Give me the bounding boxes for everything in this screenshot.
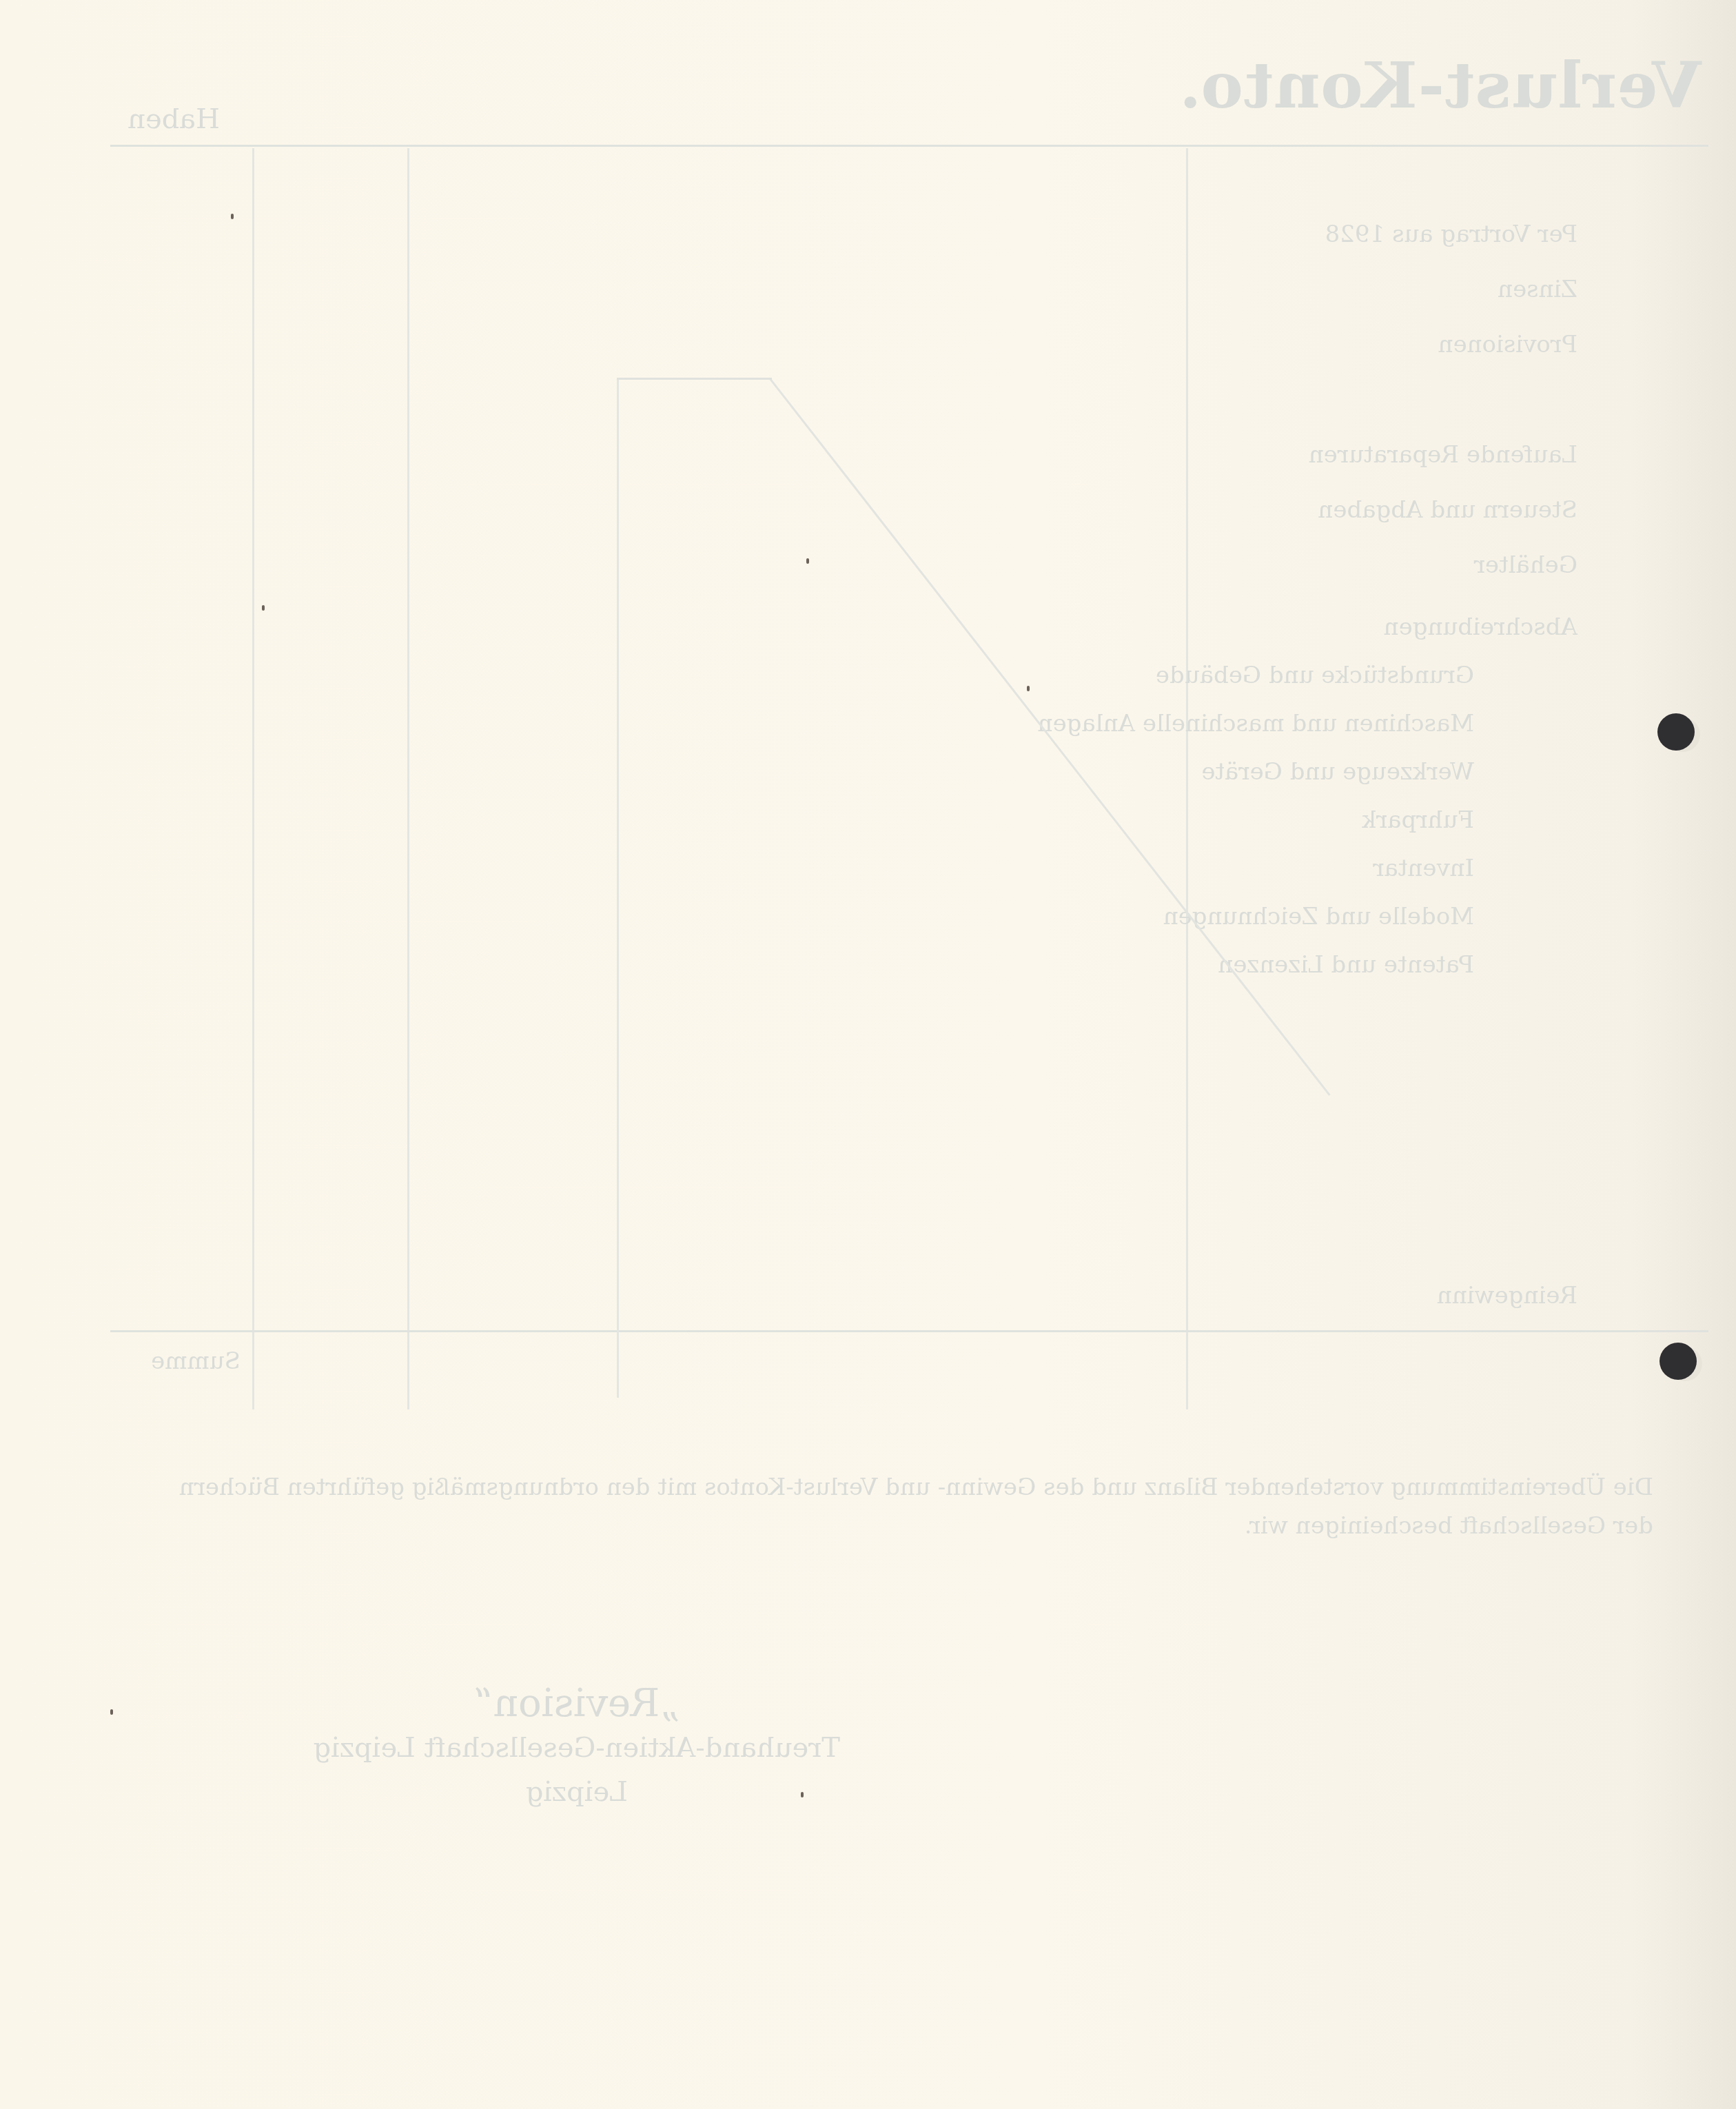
ghost-row: Reingewinn <box>1437 1282 1577 1310</box>
speck <box>231 214 234 219</box>
header-rule <box>110 145 1708 147</box>
column-rule <box>1186 148 1188 1409</box>
ghost-row: Gehälter <box>1474 551 1577 579</box>
ghost-row: Fuhrpark <box>1362 806 1474 834</box>
punch-hole-icon <box>1660 1343 1697 1380</box>
ghost-stamp: „Revision“ Treuhand-Aktien-Gesellschaft … <box>314 1682 840 1814</box>
ghost-title: Verlust-Konto. <box>1178 48 1702 123</box>
ghost-row: Provisionen <box>1438 331 1577 358</box>
ghost-row: Laufende Reparaturen <box>1309 441 1577 469</box>
ghost-column-header: Haben <box>127 103 220 135</box>
speck <box>262 605 265 611</box>
ghost-footnote: Die Übereinstimmung vorstehender Bilanz … <box>172 1468 1653 1545</box>
ghost-row: Patente und Lizenzen <box>1218 951 1474 979</box>
ghost-row: Maschinen und maschinelle Anlagen <box>1038 710 1474 737</box>
column-rule <box>252 148 254 1409</box>
ghost-row: Zinsen <box>1498 276 1577 303</box>
show-through-layer: Verlust-Konto. Haben Per Vortrag aus 192… <box>0 0 1736 2109</box>
total-rule <box>110 1330 1708 1332</box>
ghost-row: Modelle und Zeichnungen <box>1163 903 1474 930</box>
column-rule <box>407 148 409 1409</box>
speck <box>806 558 809 564</box>
speck <box>801 1792 804 1797</box>
speck <box>1027 686 1030 691</box>
ghost-row: Steuern und Abgaben <box>1318 496 1577 524</box>
ghost-row: Abschreibungen <box>1384 613 1577 641</box>
ghost-row: Grundstücke und Gebäude <box>1156 662 1474 689</box>
ghost-row: Werkzeuge und Geräte <box>1201 758 1474 786</box>
ghost-total: Summe <box>151 1347 241 1375</box>
ghost-rule <box>617 378 619 1398</box>
ghost-rule <box>617 378 772 380</box>
ghost-row: Inventar <box>1373 855 1474 882</box>
ghost-row: Per Vortrag aus 1928 <box>1325 221 1577 248</box>
speck <box>110 1709 113 1715</box>
punch-hole-icon <box>1657 713 1695 751</box>
